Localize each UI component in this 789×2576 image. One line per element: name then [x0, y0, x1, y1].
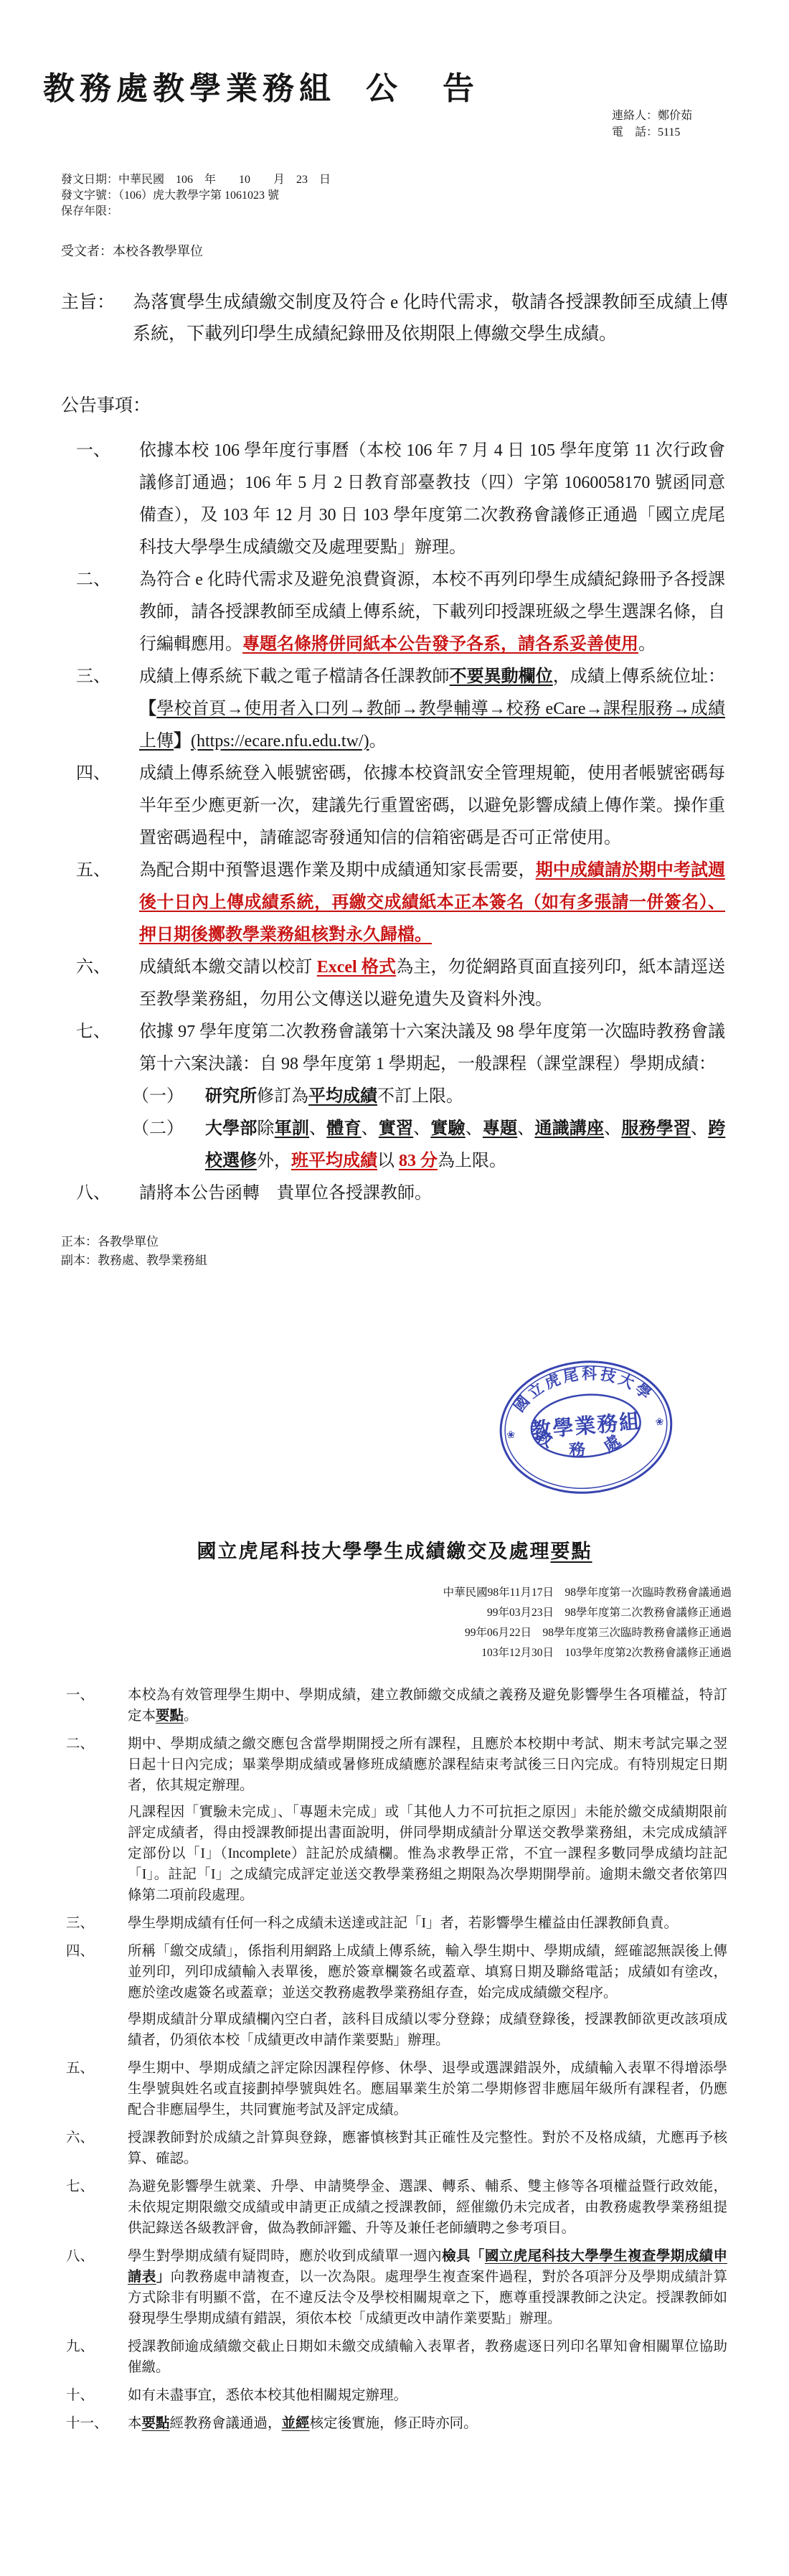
item-text: 學生對學期成績有疑問時，應於收到成績單一週內檢具「國立虎尾科技大學學生複查學期成…: [128, 2246, 727, 2329]
text-segment: 大學部: [205, 1119, 258, 1138]
guidelines-title: 國立虎尾科技大學學生成績繳交及處理要點: [0, 1536, 789, 1564]
guideline-item: 四、所稱「繳交成績」，係指利用網路上成績上傳系統，輸入學生期中、學期成績，經確認…: [66, 1941, 727, 2051]
item-number: 七、: [66, 2176, 128, 2239]
item-paragraph: 授課教師對於成績之計算與登錄，應審慎核對其正確性及完整性。對於不及格成績，尤應再…: [128, 2128, 727, 2169]
text-segment: 、: [691, 1119, 708, 1138]
text-segment: 授課教師對於成績之計算與登錄，應審慎核對其正確性及完整性。對於不及格成績，尤應再…: [128, 2130, 727, 2166]
text-segment: 向教務處申請複查，以一次為限。處理學生複查案件過程，對於各項評分及學期成績計算方…: [128, 2270, 727, 2326]
item-text: 成績上傳系統登入帳號密碼，依據本校資訊安全管理規範，使用者帳號密碼每半年至少應更…: [139, 758, 725, 855]
text-segment: 。: [369, 732, 387, 751]
text-segment: 經教務會議通過，: [170, 2416, 282, 2431]
flower-icon: ❀: [506, 1430, 516, 1442]
item-number: 四、: [76, 758, 139, 855]
text-segment: 通識講座: [534, 1119, 604, 1138]
item-number: 十、: [66, 2385, 128, 2406]
subject-label: 主旨：: [61, 287, 133, 350]
item-number: 八、: [76, 1177, 139, 1210]
text-segment: 本校為有效管理學生期中、學期成績，建立教師繳交成績之義務及避免影響學生各項權益，…: [128, 1688, 727, 1724]
item-paragraph: 本要點經教務會議通過，並經核定後實施，修正時亦同。: [128, 2413, 727, 2434]
text-segment: 成績上傳系統登入帳號密碼，依據本校資訊安全管理規範，使用者帳號密碼每半年至少應更…: [139, 764, 725, 847]
item-number: 六、: [76, 951, 139, 1016]
document-page: 教務處教學業務組公 告 連絡人：鄭价茹 電 話：5115 發文日期：中華民國 1…: [0, 0, 789, 2576]
text-segment: 除: [258, 1119, 275, 1138]
text-segment: ，成績上傳系統位址：: [553, 667, 725, 686]
text-segment: 學生期中、學期成績之評定除因課程停修、休學、退學或選課錯誤外，成績輸入表單不得增…: [128, 2061, 727, 2117]
office-stamp: 國立虎尾科技大學 教學業務組 教務處 ❀ ❀: [491, 1350, 681, 1505]
item-text: 為避免影響學生就業、升學、申請獎學金、選課、轉系、輔系、雙主修等各項權益暨行政效…: [128, 2176, 727, 2239]
subject-block: 主旨： 為落實學生成績繳交制度及符合 e 化時代需求，敬請各授課教師至成績上傳系…: [61, 287, 728, 350]
item-number: 二、: [66, 1734, 128, 1906]
text-segment: 【: [139, 700, 156, 718]
text-segment: 實習: [379, 1119, 413, 1138]
text-segment: 並經: [282, 2416, 310, 2431]
announcement-item: 六、成績紙本繳交請以校訂 Excel 格式為主，勿從網路頁面直接列印，紙本請逕送…: [76, 951, 725, 1016]
contact-person: 連絡人：鄭价茹: [612, 108, 692, 124]
revision-line: 103年12月30日 103學年度第2次教務會議修正通過: [0, 1643, 732, 1663]
announcement-item: 四、成績上傳系統登入帳號密碼，依據本校資訊安全管理規範，使用者帳號密碼每半年至少…: [76, 758, 725, 855]
text-segment: 成績上傳系統下載之電子檔請各任課教師: [139, 667, 450, 686]
item-text: 請將本公告函轉 貴單位各授課教師。: [139, 1177, 725, 1210]
text-segment: 檢具「: [442, 2249, 485, 2264]
announcement-item: 一、依據本校 106 學年度行事曆（本校 106 年 7 月 4 日 105 學…: [76, 435, 725, 564]
text-segment: 本: [128, 2416, 142, 2431]
item-paragraph: 如有未盡事宜，悉依本校其他相關規定辦理。: [128, 2385, 727, 2406]
text-segment: 、: [362, 1119, 379, 1138]
guideline-items: 一、本校為有效管理學生期中、學期成績，建立教師繳交成績之義務及避免影響學生各項權…: [66, 1685, 727, 2441]
guideline-item: 六、授課教師對於成績之計算與登錄，應審慎核對其正確性及完整性。對於不及格成績，尤…: [66, 2128, 727, 2169]
stamp-arc-top-text: 國立虎尾科技大學: [508, 1359, 658, 1416]
item-number: （二）: [132, 1113, 205, 1177]
item-text: 學生學期成績有任何一科之成績未送達或註記「I」者，若影響學生權益由任課教師負責。: [128, 1913, 727, 1934]
text-segment: 專題: [483, 1119, 517, 1138]
text-segment: 、: [413, 1119, 430, 1138]
item-text: 成績上傳系統下載之電子檔請各任課教師不要異動欄位，成績上傳系統位址：【學校首頁→…: [139, 661, 725, 758]
item-text: 依據本校 106 學年度行事曆（本校 106 年 7 月 4 日 105 學年度…: [139, 435, 725, 564]
text-segment: 83 分: [399, 1152, 438, 1170]
announcement-item: 五、為配合期中預警退選作業及期中成績通知家長需要，期中成績請於期中考試週後十日內…: [76, 855, 725, 951]
item-number: 七、: [76, 1016, 139, 1081]
retention-period: 保存年限：: [61, 204, 789, 220]
item-text: 為配合期中預警退選作業及期中成績通知家長需要，期中成績請於期中考試週後十日內上傳…: [139, 855, 725, 951]
text-segment: 」: [156, 2270, 171, 2285]
guideline-item: 五、學生期中、學期成績之評定除因課程停修、休學、退學或選課錯誤外，成績輸入表單不…: [66, 2058, 727, 2120]
text-segment: 、: [309, 1119, 326, 1138]
announcement-items: 一、依據本校 106 學年度行事曆（本校 106 年 7 月 4 日 105 學…: [76, 435, 725, 1210]
text-segment: 授課教師逾成績繳交截止日期如未繳交成績輸入表單者，教務處逐日列印名單知會相關單位…: [128, 2339, 727, 2375]
item-paragraph: 學生對學期成績有疑問時，應於收到成績單一週內檢具「國立虎尾科技大學學生複查學期成…: [128, 2246, 727, 2329]
item-number: 二、: [76, 564, 139, 661]
item-text: 為符合 e 化時代需求及避免浪費資源，本校不再列印學生成績紀錄冊予各授課教師，請…: [139, 564, 725, 661]
text-segment: 以: [377, 1152, 399, 1170]
item-text: 研究所修訂為平均成績不訂上限。: [205, 1081, 725, 1113]
copy-recipients: 副本：教務處、教學業務組: [61, 1251, 789, 1270]
distribution-block: 正本：各教學單位 副本：教務處、教學業務組: [61, 1233, 789, 1270]
text-segment: 。: [638, 635, 656, 654]
item-number: 九、: [66, 2336, 128, 2378]
text-segment: 學生學期成績有任何一科之成績未送達或註記「I」者，若影響學生權益由任課教師負責。: [128, 1916, 678, 1931]
item-paragraph: 學生期中、學期成績之評定除因課程停修、休學、退學或選課錯誤外，成績輸入表單不得增…: [128, 2058, 727, 2120]
text-segment: 。: [184, 1708, 198, 1724]
announcement-subitem: （二）大學部除軍訓、體育、實習、實驗、專題、通識講座、服務學習、跨校選修外，班平…: [132, 1113, 725, 1177]
text-segment: 、: [466, 1119, 483, 1138]
text-segment: 所稱「繳交成績」，係指利用網路上成績上傳系統，輸入學生期中、學期成績，經確認無誤…: [128, 1944, 727, 2001]
item-paragraph: 為避免影響學生就業、升學、申請獎學金、選課、轉系、輔系、雙主修等各項權益暨行政效…: [128, 2176, 727, 2239]
text-segment: 班平均成績: [291, 1152, 377, 1170]
contact-phone: 電 話：5115: [612, 124, 692, 141]
text-segment: 依據本校 106 學年度行事曆（本校 106 年 7 月 4 日 105 學年度…: [139, 441, 725, 557]
text-segment: 核定後實施，修正時亦同。: [310, 2416, 478, 2431]
announcement-item: 八、請將本公告函轉 貴單位各授課教師。: [76, 1177, 725, 1210]
text-segment: 要點: [156, 1708, 184, 1724]
recipient: 受文者：本校各教學單位: [61, 241, 789, 260]
item-number: 五、: [66, 2058, 128, 2120]
text-segment: 學生對學期成績有疑問時，應於收到成績單一週內: [128, 2249, 442, 2264]
notice-label: 公 告: [366, 71, 493, 106]
item-text: 如有未盡事宜，悉依本校其他相關規定辦理。: [128, 2385, 727, 2406]
item-paragraph: 本校為有效管理學生期中、學期成績，建立教師繳交成績之義務及避免影響學生各項權益，…: [128, 1685, 727, 1726]
guideline-item: 十一、本要點經教務會議通過，並經核定後實施，修正時亦同。: [66, 2413, 727, 2434]
item-text: 授課教師對於成績之計算與登錄，應審慎核對其正確性及完整性。對於不及格成績，尤應再…: [128, 2128, 727, 2169]
original-recipients: 正本：各教學單位: [61, 1233, 789, 1251]
contact-block: 連絡人：鄭价茹 電 話：5115: [612, 108, 692, 141]
item-number: 十一、: [66, 2413, 128, 2434]
item-paragraph: 期中、學期成績之繳交應包含當學期開授之所有課程，且應於本校期中考試、期末考試完畢…: [128, 1734, 727, 1796]
item-number: 一、: [76, 435, 139, 564]
item-number: 八、: [66, 2246, 128, 2329]
item-number: 一、: [66, 1685, 128, 1726]
text-segment: 為上限。: [438, 1152, 506, 1170]
announcement-item: 二、為符合 e 化時代需求及避免浪費資源，本校不再列印學生成績紀錄冊予各授課教師…: [76, 564, 725, 661]
text-segment: 外，: [257, 1152, 291, 1170]
doc-number: 發文字號：（106）虎大教學字第 1061023 號: [61, 188, 789, 204]
text-segment: 要點: [142, 2416, 170, 2431]
item-number: （一）: [132, 1081, 205, 1113]
text-segment: 研究所: [205, 1087, 257, 1106]
item-text: 所稱「繳交成績」，係指利用網路上成績上傳系統，輸入學生期中、學期成績，經確認無誤…: [128, 1941, 727, 2051]
revision-line: 中華民國98年11月17日 98學年度第一次臨時教務會議通過: [0, 1583, 732, 1603]
text-segment: 、: [604, 1119, 621, 1138]
text-segment: 期中、學期成績之繳交應包含當學期開授之所有課程，且應於本校期中考試、期末考試完畢…: [128, 1736, 727, 1793]
text-segment: (https://ecare.nfu.edu.tw/): [191, 732, 369, 751]
announcement-heading: 公告事項：: [61, 393, 789, 419]
announcement-item: 三、成績上傳系統下載之電子檔請各任課教師不要異動欄位，成績上傳系統位址：【學校首…: [76, 661, 725, 758]
text-segment: 凡課程因「實驗未完成」、「專題未完成」或「其他人力不可抗拒之原因」未能於繳交成績…: [128, 1805, 727, 1903]
document-meta: 發文日期：中華民國 106 年 10 月 23 日 發文字號：（106）虎大教學…: [61, 172, 789, 220]
text-segment: 為配合期中預警退選作業及期中成績通知家長需要，: [139, 861, 536, 880]
guideline-item: 十、如有未盡事宜，悉依本校其他相關規定辦理。: [66, 2385, 727, 2406]
item-paragraph: 授課教師逾成績繳交截止日期如未繳交成績輸入表單者，教務處逐日列印名單知會相關單位…: [128, 2336, 727, 2378]
text-segment: 服務學習: [621, 1119, 691, 1138]
subject-text: 為落實學生成績繳交制度及符合 e 化時代需求，敬請各授課教師至成績上傳系統，下載…: [133, 287, 728, 350]
item-number: 四、: [66, 1941, 128, 2051]
item-text: 本要點經教務會議通過，並經核定後實施，修正時亦同。: [128, 2413, 727, 2434]
text-segment: Excel 格式: [317, 958, 396, 977]
announcement-subitem: （一）研究所修訂為平均成績不訂上限。: [132, 1081, 725, 1113]
item-paragraph: 凡課程因「實驗未完成」、「專題未完成」或「其他人力不可抗拒之原因」未能於繳交成績…: [128, 1802, 727, 1906]
issue-date: 發文日期：中華民國 106 年 10 月 23 日: [61, 172, 789, 188]
item-text: 學生期中、學期成績之評定除因課程停修、休學、退學或選課錯誤外，成績輸入表單不得增…: [128, 2058, 727, 2120]
announcement-item: 七、依據 97 學年度第二次教務會議第十六案決議及 98 學年度第一次臨時教務會…: [76, 1016, 725, 1081]
text-segment: 】: [174, 732, 191, 751]
item-paragraph: 所稱「繳交成績」，係指利用網路上成績上傳系統，輸入學生期中、學期成績，經確認無誤…: [128, 1941, 727, 2003]
guidelines-title-emphasis: 要點: [551, 1541, 592, 1562]
text-segment: 、: [517, 1119, 534, 1138]
item-text: 依據 97 學年度第二次教務會議第十六案決議及 98 學年度第一次臨時教務會議第…: [139, 1016, 725, 1081]
text-segment: 軍訓: [275, 1119, 309, 1138]
item-text: 本校為有效管理學生期中、學期成績，建立教師繳交成績之義務及避免影響學生各項權益，…: [128, 1685, 727, 1726]
item-text: 大學部除軍訓、體育、實習、實驗、專題、通識講座、服務學習、跨校選修外，班平均成績…: [205, 1113, 725, 1177]
flower-icon: ❀: [655, 1417, 664, 1429]
item-number: 五、: [76, 855, 139, 951]
text-segment: 平均成績: [308, 1087, 377, 1106]
guideline-item: 九、授課教師逾成績繳交截止日期如未繳交成績輸入表單者，教務處逐日列印名單知會相關…: [66, 2336, 727, 2378]
item-text: 授課教師逾成績繳交截止日期如未繳交成績輸入表單者，教務處逐日列印名單知會相關單位…: [128, 2336, 727, 2378]
guideline-item: 一、本校為有效管理學生期中、學期成績，建立教師繳交成績之義務及避免影響學生各項權…: [66, 1685, 727, 1726]
issuing-unit: 教務處教學業務組: [43, 71, 336, 106]
guideline-item: 七、為避免影響學生就業、升學、申請獎學金、選課、轉系、輔系、雙主修等各項權益暨行…: [66, 2176, 727, 2239]
item-paragraph: 學期成績計分單成績欄內空白者，該科目成績以零分登錄；成績登錄後，授課教師欲更改該…: [128, 2009, 727, 2051]
guideline-item: 三、學生學期成績有任何一科之成績未送達或註記「I」者，若影響學生權益由任課教師負…: [66, 1913, 727, 1934]
text-segment: 如有未盡事宜，悉依本校其他相關規定辦理。: [128, 2388, 407, 2403]
text-segment: 依據 97 學年度第二次教務會議第十六案決議及 98 學年度第一次臨時教務會議第…: [139, 1023, 725, 1073]
guideline-item: 八、學生對學期成績有疑問時，應於收到成績單一週內檢具「國立虎尾科技大學學生複查學…: [66, 2246, 727, 2329]
item-number: 三、: [66, 1913, 128, 1934]
text-segment: 為避免影響學生就業、升學、申請獎學金、選課、轉系、輔系、雙主修等各項權益暨行政效…: [128, 2179, 727, 2236]
revision-line: 99年03月23日 98學年度第二次教務會議修正通過: [0, 1603, 732, 1623]
item-paragraph: 學生學期成績有任何一科之成績未送達或註記「I」者，若影響學生權益由任課教師負責。: [128, 1913, 727, 1934]
text-segment: 請將本公告函轉 貴單位各授課教師。: [139, 1184, 432, 1203]
document-title: 教務處教學業務組公 告: [43, 69, 789, 109]
text-segment: 學期成績計分單成績欄內空白者，該科目成績以零分登錄；成績登錄後，授課教師欲更改該…: [128, 2012, 727, 2048]
text-segment: 實驗: [430, 1119, 465, 1138]
text-segment: 不訂上限。: [377, 1087, 463, 1106]
text-segment: 成績紙本繳交請以校訂: [139, 958, 317, 977]
revision-line: 99年06月22日 98學年度第三次臨時教務會議修正通過: [0, 1623, 732, 1643]
text-segment: 專題名條將併同紙本公告發予各系，請各系妥善使用: [242, 635, 638, 654]
item-number: 三、: [76, 661, 139, 758]
text-segment: 不要異動欄位: [450, 667, 553, 686]
item-text: 成績紙本繳交請以校訂 Excel 格式為主，勿從網路頁面直接列印，紙本請逕送至教…: [139, 951, 725, 1016]
guideline-item: 二、期中、學期成績之繳交應包含當學期開授之所有課程，且應於本校期中考試、期末考試…: [66, 1734, 727, 1906]
guidelines-title-text: 國立虎尾科技大學學生成績繳交及處理: [197, 1541, 551, 1562]
text-segment: 體育: [326, 1119, 361, 1138]
item-number: 六、: [66, 2128, 128, 2169]
text-segment: 修訂為: [257, 1087, 308, 1106]
item-text: 期中、學期成績之繳交應包含當學期開授之所有課程，且應於本校期中考試、期末考試完畢…: [128, 1734, 727, 1906]
revision-history: 中華民國98年11月17日 98學年度第一次臨時教務會議通過99年03月23日 …: [0, 1583, 732, 1663]
